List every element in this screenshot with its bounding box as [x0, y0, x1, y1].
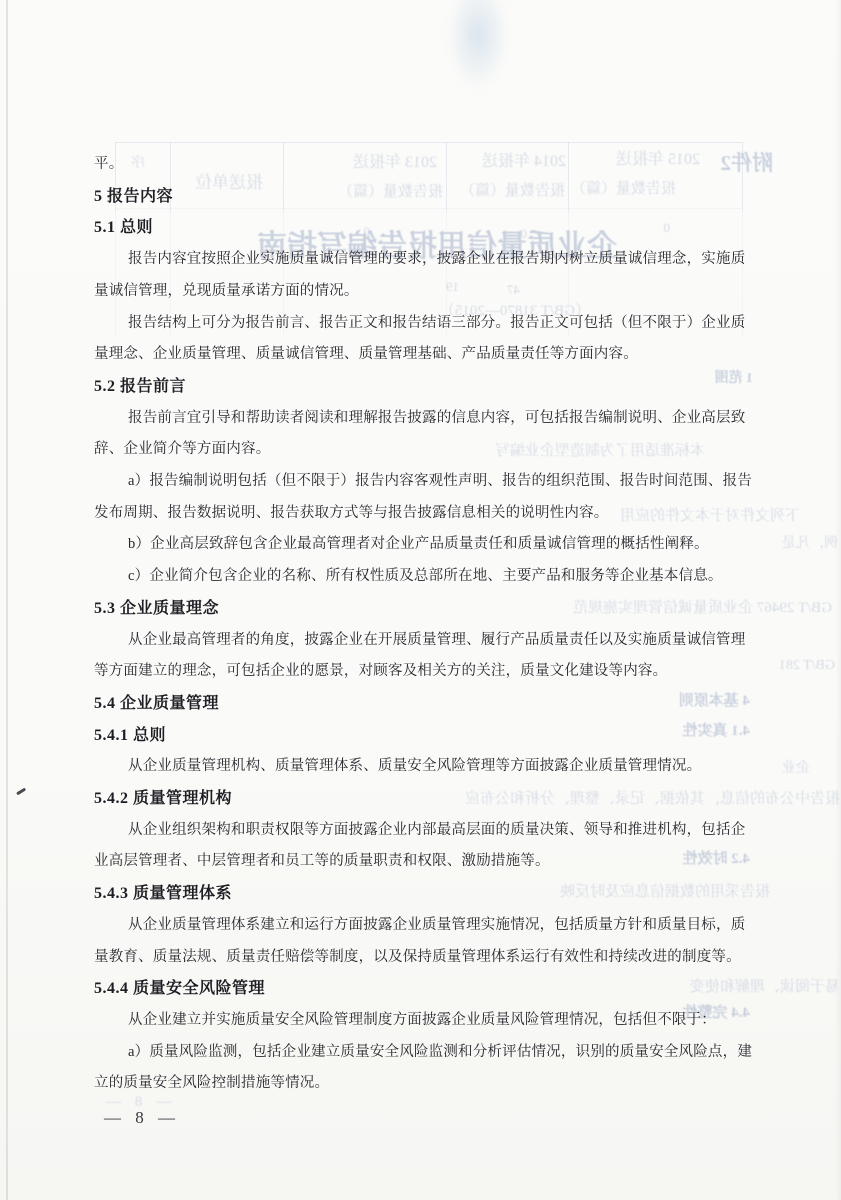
bleedthrough-text: 报告数量（篇）	[460, 179, 565, 200]
bleedthrough-text: 2014 年报送	[482, 148, 566, 171]
bleedthrough-text: 2013 年报送	[353, 149, 437, 172]
bleedthrough-text: 1 范围	[715, 367, 754, 387]
bleedthrough-text: 4.2 时效性	[682, 847, 750, 868]
bleedthrough-table-line	[446, 142, 447, 212]
bleedthrough-text: 0	[664, 220, 671, 236]
text-line: 量教育、质量法规、质量责任赔偿等制度，以及保持质量管理体系运行有效性和持续改进的…	[94, 948, 741, 967]
section-heading: 5.4.4 质量安全风险管理	[94, 979, 265, 998]
text-line: 从企业组织架构和职责权限等方面披露企业内部最高层面的质量决策、领导和推进机构，包…	[128, 821, 745, 840]
bleedthrough-text: 4.1 真实性	[682, 719, 750, 740]
page-number: — 8 —	[104, 1108, 180, 1128]
bleedthrough-text: 本标准适用了为制造型企业编写	[495, 439, 705, 460]
section-heading: 5.4 企业质量管理	[94, 694, 219, 713]
bleedthrough-text: 企业	[782, 757, 810, 777]
bleedthrough-text: 报告数量（篇）	[571, 177, 676, 198]
section-heading: 5.3 企业质量理念	[94, 599, 219, 618]
pen-tick-mark	[16, 788, 26, 795]
scanned-document-page: 附件2序报送单位2013 年报送报告数量（篇）2014 年报送报告数量（篇）20…	[0, 0, 841, 1200]
scan-smudge	[448, 0, 508, 90]
bleedthrough-table-line	[568, 142, 569, 212]
bleedthrough-text: 47	[507, 282, 520, 298]
scan-edge-line	[6, 0, 8, 1200]
section-heading: 5.4.2 质量管理机构	[94, 789, 232, 808]
bleedthrough-text: 报送单位	[195, 168, 263, 193]
section-heading: 5.1 总则	[94, 218, 153, 237]
text-line: 从企业建立并实施质量安全风险管理制度方面披露企业质量风险管理情况，包括但不限于：	[128, 1011, 716, 1030]
bleedthrough-text: 报告采用的数据信息应及时反映	[560, 880, 770, 901]
bleedthrough-text: 易于阅读、理解和使变	[690, 975, 840, 996]
bleedthrough-text: 序	[131, 152, 145, 172]
text-line: 报告结构上可分为报告前言、报告正文和报告结语三部分。报告正文可包括（但不限于）企…	[128, 314, 745, 333]
section-heading: 5 报告内容	[94, 187, 173, 206]
bleedthrough-text: 2015 年报送	[616, 146, 700, 169]
text-line: 量诚信管理，兑现质量承诺方面的情况。	[94, 282, 359, 301]
bleedthrough-table-line	[115, 142, 742, 143]
text-line: 报告内容宜按照企业实施质量诚信管理的要求，披露企业在报告期内树立质量诚信理念，实…	[128, 250, 745, 269]
text-line: 立的质量安全风险控制措施等情况。	[94, 1074, 329, 1093]
bleedthrough-text: 下列文件对于本文件的应用	[620, 504, 800, 525]
bleedthrough-text: 报告数量（篇）	[338, 180, 443, 201]
text-line: 量理念、企业质量管理、质量诚信管理、质量管理基础、产品质量责任等方面内容。	[94, 345, 638, 364]
bleedthrough-text: 19	[446, 279, 459, 295]
text-line: 业高层管理者、中层管理者和员工等的质量职责和权限、激励措施等。	[94, 852, 550, 871]
page-edge-shadow	[835, 0, 841, 1200]
bleedthrough-text: 4 基本原则	[679, 689, 750, 710]
bleedthrough-text: 附件2	[721, 147, 774, 177]
text-line: a）报告编制说明包括（但不限于）报告内容客观性声明、报告的组织范围、报告时间范围…	[128, 472, 752, 491]
text-line: 平。	[94, 155, 123, 174]
section-heading: 5.2 报告前言	[94, 377, 186, 396]
text-line: 从企业最高管理者的角度，披露企业在开展质量管理、履行产品质量责任以及实施质量诚信…	[128, 631, 745, 650]
bleedthrough-text: 0	[521, 226, 528, 242]
text-line: a）质量风险监测，包括企业建立质量安全风险监测和分析评估情况，识别的质量安全风险…	[128, 1043, 752, 1062]
bleedthrough-text: 报告中公布的信息，其依据、记录、整理、分析和公布应	[465, 787, 840, 808]
bleedthrough-table-line	[283, 142, 284, 212]
text-line: c）企业简介包含企业的名称、所有权性质及总部所在地、主要产品和服务等企业基本信息…	[128, 567, 723, 586]
bleedthrough-text: GB/T 281	[779, 658, 835, 674]
bleedthrough-text: 例，凡是	[782, 532, 838, 552]
section-heading: 5.4.3 质量管理体系	[94, 884, 232, 903]
text-line: 报告前言宜引导和帮助读者阅读和理解报告披露的信息内容，可包括报告编制说明、企业高…	[128, 409, 745, 428]
bleedthrough-text: GB/T 29467 企业质量诚信管理实施规范	[573, 596, 832, 617]
bleedthrough-table-line	[115, 208, 742, 209]
text-line: 等方面建立的理念，可包括企业的愿景，对顾客及相关方的关注，质量文化建设等内容。	[94, 662, 667, 681]
text-line: 发布周期、报告数据说明、报告获取方式等与报告披露信息相关的说明性内容。	[94, 504, 609, 523]
text-line: b）企业高层致辞包含企业最高管理者对企业产品质量责任和质量诚信管理的概括性阐释。	[128, 535, 709, 554]
text-line: 辞、企业简介等方面内容。	[94, 440, 270, 459]
bleedthrough-text: 0	[364, 224, 371, 240]
text-line: 从企业质量管理机构、质量管理体系、质量安全风险管理等方面披露企业质量管理情况。	[128, 757, 701, 776]
section-heading: 5.4.1 总则	[94, 726, 166, 745]
text-line: 从企业质量管理体系建立和运行方面披露企业质量管理实施情况，包括质量方针和质量目标…	[128, 916, 745, 935]
